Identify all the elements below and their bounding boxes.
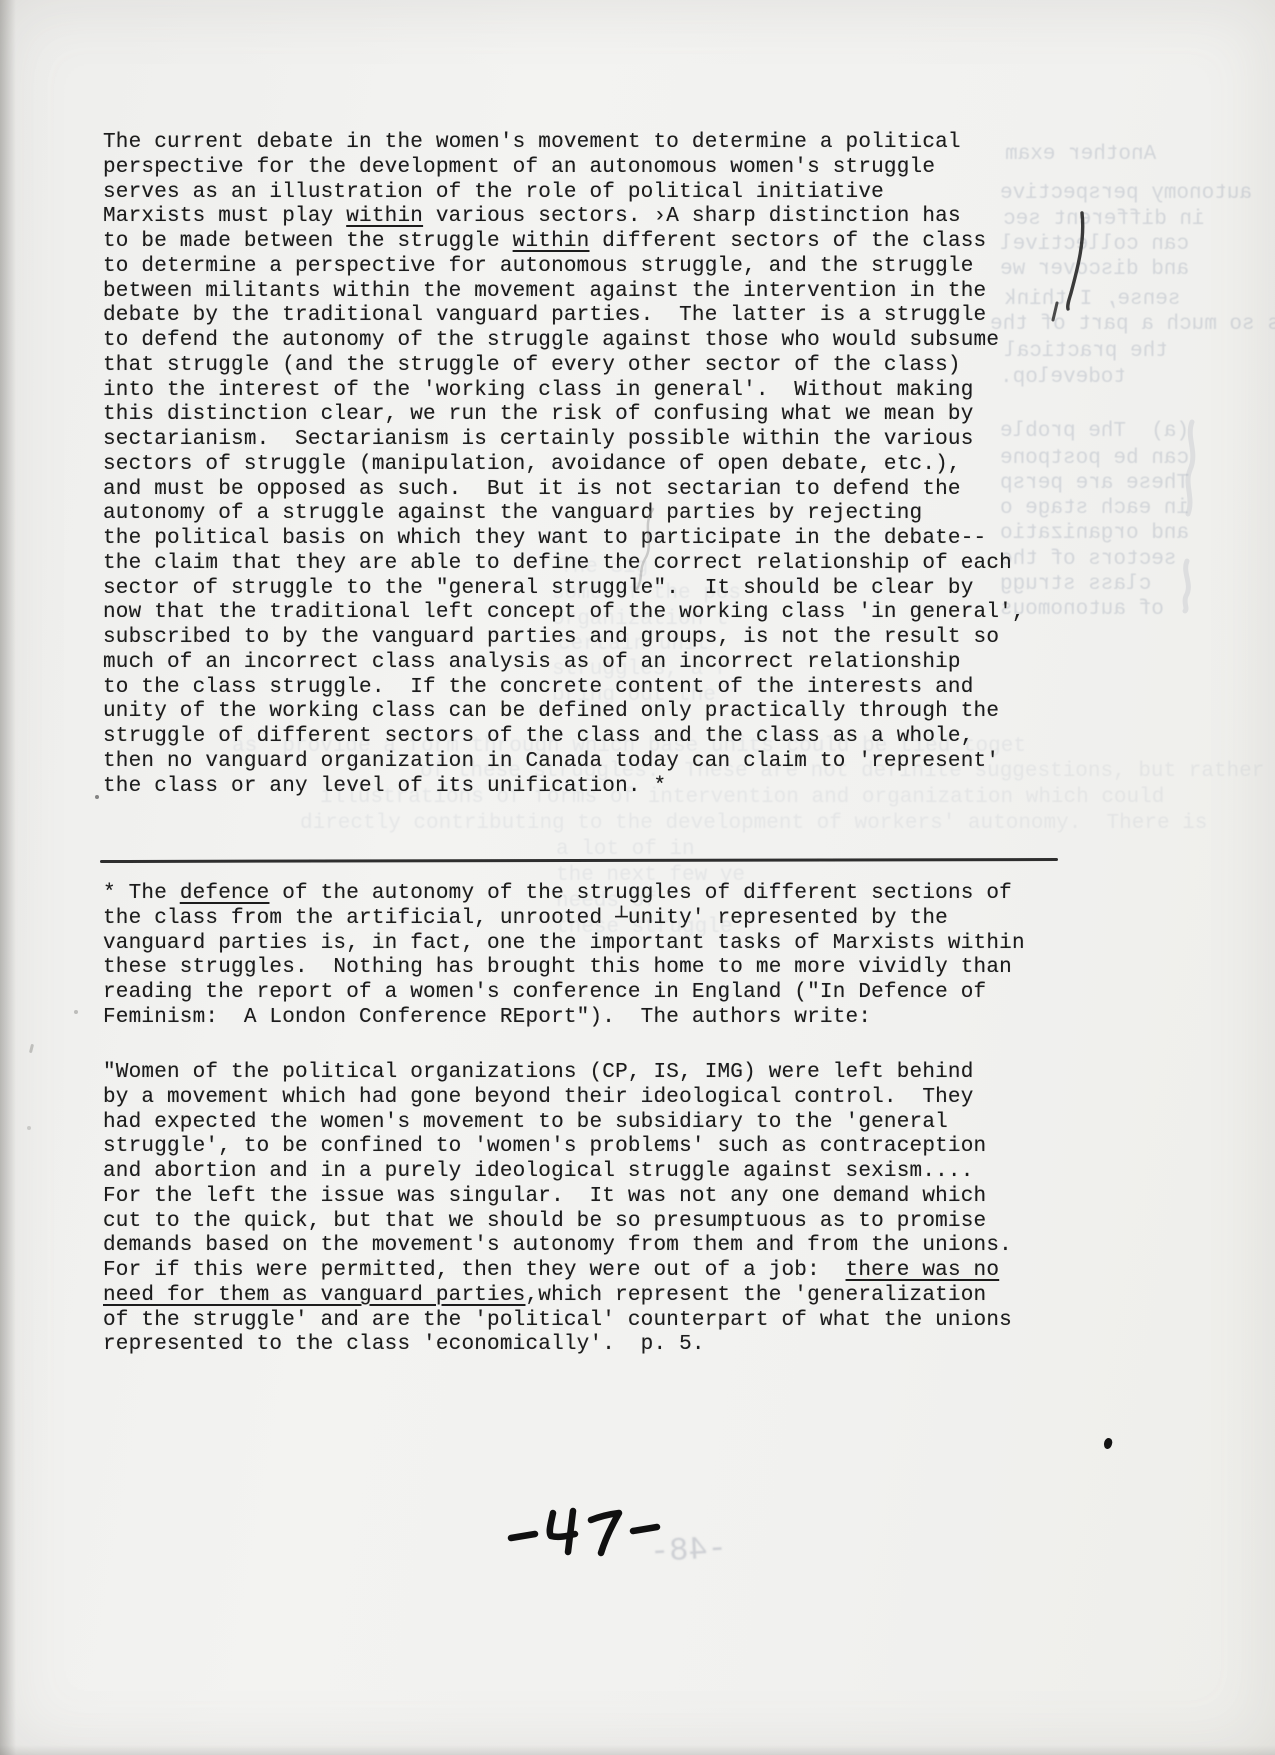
typed-line: For if this were permitted, then they we… <box>103 1259 1012 1284</box>
handwritten-page-number: -47- <box>505 1503 665 1563</box>
typed-stray-period-mark <box>95 795 99 799</box>
faint-pen-squiggle-mark <box>625 505 665 595</box>
typed-line: that struggle (and the struggle of every… <box>103 354 1025 379</box>
footnote-paragraph: * The defence of the autonomy of the str… <box>103 882 1025 1031</box>
typed-line: For the left the issue was singular. It … <box>103 1185 1012 1210</box>
typed-line: demands based on the movement's autonomy… <box>103 1234 1012 1259</box>
typed-line: sector of struggle to the "general strug… <box>103 577 1025 602</box>
bleedthrough-page-number: -48- <box>649 1530 728 1571</box>
typed-line: this distinction clear, we run the risk … <box>103 403 1025 428</box>
typed-line: the class from the artificial, unrooted … <box>103 907 1025 932</box>
ghost-text-fragment: can collectivel <box>1000 233 1189 258</box>
ghost-text-fragment: sense, I think <box>1004 288 1180 313</box>
typed-line: "Women of the political organizations (C… <box>103 1061 1012 1086</box>
ghost-text-fragment: the practical <box>1004 340 1168 365</box>
typed-line: * The defence of the autonomy of the str… <box>103 882 1025 907</box>
ghost-text-fragment: was so much a part of the <box>990 313 1275 338</box>
ghost-text-fragment: in different sec <box>1003 208 1205 233</box>
ghost-text-fragment: Another exam <box>1005 143 1156 168</box>
typed-line: to be made between the struggle within d… <box>103 230 1025 255</box>
bleedthrough-pen-squiggle-lower <box>1175 558 1201 614</box>
typed-line: struggle of different sectors of the cla… <box>103 725 1025 750</box>
typed-line: represented to the class 'economically'.… <box>103 1333 1012 1358</box>
typed-line: the political basis on which they want t… <box>103 527 1025 552</box>
quotation-paragraph: "Women of the political organizations (C… <box>103 1061 1012 1358</box>
typed-line: unity of the working class can be define… <box>103 700 1025 725</box>
paper-speck <box>74 1010 78 1014</box>
typed-line: cut to the quick, but that we should be … <box>103 1210 1012 1235</box>
typed-line: reading the report of a women's conferen… <box>103 981 1025 1006</box>
typed-line: need for them as vanguard parties,which … <box>103 1284 1012 1309</box>
pen-dot-mark <box>1102 1437 1113 1450</box>
typed-line: debate by the traditional vanguard parti… <box>103 304 1025 329</box>
ghost-text-fragment: (a) The proble <box>1000 420 1189 445</box>
margin-bracket-pen-mark <box>1045 205 1090 325</box>
typed-line: struggle', to be confined to 'women's pr… <box>103 1135 1012 1160</box>
typed-line: to defend the autonomy of the struggle a… <box>103 329 1025 354</box>
ghost-text-fragment: in each stage o <box>1000 497 1189 522</box>
paper-speck <box>27 1126 31 1130</box>
typed-line: these struggles. Nothing has brought thi… <box>103 956 1025 981</box>
typed-line: now that the traditional left concept of… <box>103 601 1025 626</box>
typed-line: much of an incorrect class analysis as o… <box>103 651 1025 676</box>
typed-line: to determine a perspective for autonomou… <box>103 255 1025 280</box>
footnote-separator-line <box>100 858 1058 863</box>
ghost-text-fragment: directly contributing to the development… <box>300 812 1207 837</box>
ghost-text-fragment: and organizatio <box>1000 522 1189 547</box>
typed-line: by a movement which had gone beyond thei… <box>103 1086 1012 1111</box>
typed-line: autonomy of a struggle against the vangu… <box>103 502 1025 527</box>
ghost-text-fragment: can be postpone <box>1000 447 1189 472</box>
typed-line: Marxists must play within various sector… <box>103 205 1025 230</box>
typed-line: perspective for the development of an au… <box>103 156 1025 181</box>
typed-line: then no vanguard organization in Canada … <box>103 750 1025 775</box>
typed-line: sectors of struggle (manipulation, avoid… <box>103 453 1025 478</box>
typed-line: of the struggle' and are the 'political'… <box>103 1309 1012 1334</box>
typed-line: the claim that they are able to define t… <box>103 552 1025 577</box>
ghost-text-fragment: sectors of the <box>1000 548 1176 573</box>
typed-line: the class or any level of its unificatio… <box>103 775 1025 800</box>
typed-line: had expected the women's movement to be … <box>103 1111 1012 1136</box>
typed-line: and must be opposed as such. But it is n… <box>103 478 1025 503</box>
main-paragraph: The current debate in the women's moveme… <box>103 131 1025 799</box>
typed-line: vanguard parties is, in fact, one the im… <box>103 932 1025 957</box>
bleedthrough-pen-squiggle-upper <box>1178 418 1208 518</box>
paper-left-edge-shadow <box>0 0 16 1755</box>
typed-line: Feminism: A London Conference REport"). … <box>103 1006 1025 1031</box>
typed-line: serves as an illustration of the role of… <box>103 181 1025 206</box>
ghost-text-fragment: autonomy perspective <box>1000 182 1252 207</box>
ghost-text-fragment: These are persp <box>1000 472 1189 497</box>
typed-line: between militants within the movement ag… <box>103 280 1025 305</box>
page-number-strokes <box>505 1503 665 1563</box>
ghost-text-fragment: and discover we <box>1000 258 1189 283</box>
typed-line: The current debate in the women's moveme… <box>103 131 1025 156</box>
typed-line: and abortion and in a purely ideological… <box>103 1160 1012 1185</box>
typed-line: subscribed to by the vanguard parties an… <box>103 626 1025 651</box>
paper-bottom-edge-shadow <box>0 1745 1275 1755</box>
scanned-document-page: Another examautonomy perspectivein diffe… <box>0 0 1275 1755</box>
typed-line: sectarianism. Sectarianism is certainly … <box>103 428 1025 453</box>
typed-line: into the interest of the 'working class … <box>103 379 1025 404</box>
paper-speck <box>29 1044 34 1053</box>
typed-line: to the class struggle. If the concrete c… <box>103 676 1025 701</box>
